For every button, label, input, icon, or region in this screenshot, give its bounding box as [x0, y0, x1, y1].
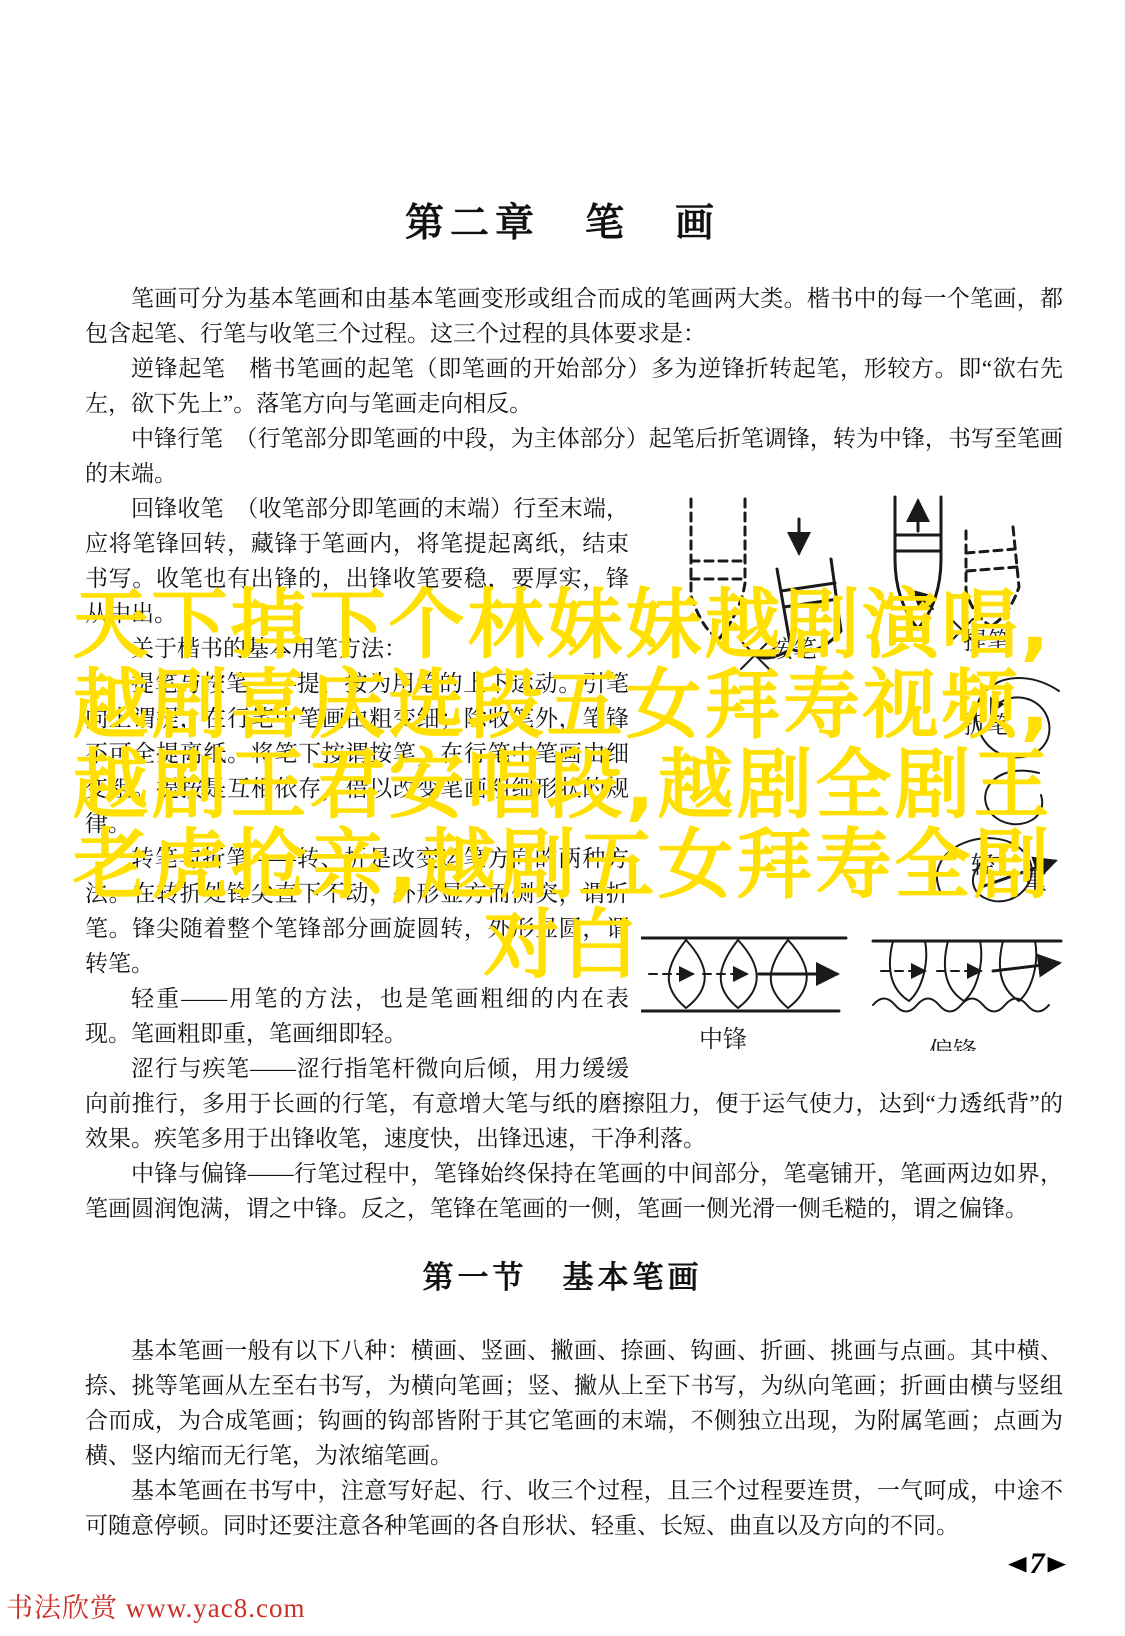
site-watermark: 书法欣赏 www.yac8.com [6, 1586, 305, 1625]
paragraph: 笔画可分为基本笔画和由基本笔画变形或组合而成的笔画两大类。楷书中的每一个笔画，都… [85, 281, 1063, 351]
paragraph: 涩行与疾笔——涩行指笔杆微向后倾，用力缓缓向前推行，多用于长画的行笔，有意增大笔… [85, 1051, 1063, 1156]
paragraph: 中锋与偏锋——行笔过程中，笔锋始终保持在笔画的中间部分，笔毫铺开，笔画两边如界，… [85, 1156, 1063, 1226]
paragraph: 基本笔画一般有以下八种：横画、竖画、撇画、捺画、钩画、折画、挑画与点画。其中横、… [85, 1333, 1063, 1473]
paragraph: 逆锋起笔 楷书笔画的起笔（即笔画的开始部分）多为逆锋折转起笔，形较方。即“欲右先… [85, 351, 1063, 421]
seo-overlay-line: 越剧王君安唱段,越剧全剧王 [0, 745, 1125, 825]
scanned-book-page: { "page": { "chapter_title": "第二章 笔 画", … [0, 0, 1125, 1636]
section-title: 第一节 基本笔画 [0, 1252, 1125, 1297]
right-wedge-icon: ▶ [1047, 1554, 1065, 1574]
paragraph: 基本笔画在书写中，注意写好起、行、收三个过程，且三个过程要连贯，一气呵成，中途不… [85, 1473, 1063, 1543]
page-number: ◀ 7 ▶ [1008, 1547, 1066, 1581]
seo-overlay-line: 老虎抢亲,越剧五女拜寿全剧 [0, 825, 1125, 905]
chapter-title: 第二章 笔 画 [0, 192, 1125, 248]
center-tip-label: 中锋 [699, 1026, 747, 1051]
seo-overlay-text: 天下掉下个林妹妹越剧演唱, 越剧喜庆选段五女拜寿视频, 越剧王君安唱段,越剧全剧… [0, 585, 1125, 985]
paragraph: 中锋行笔 （行笔部分即笔画的中段，为主体部分）起笔后折笔调锋，转为中锋，书写至笔… [85, 421, 1063, 491]
seo-overlay-line: 越剧喜庆选段五女拜寿视频, [0, 665, 1125, 745]
seo-overlay-line: 对白 [0, 905, 1125, 985]
side-tip-label: 偏锋 [929, 1038, 977, 1051]
page-number-value: 7 [1028, 1547, 1045, 1581]
body-text-lower: 基本笔画一般有以下八种：横画、竖画、撇画、捺画、钩画、折画、挑画与点画。其中横、… [85, 1333, 1063, 1543]
seo-overlay-line: 天下掉下个林妹妹越剧演唱, [0, 585, 1125, 665]
left-wedge-icon: ◀ [1008, 1554, 1026, 1574]
